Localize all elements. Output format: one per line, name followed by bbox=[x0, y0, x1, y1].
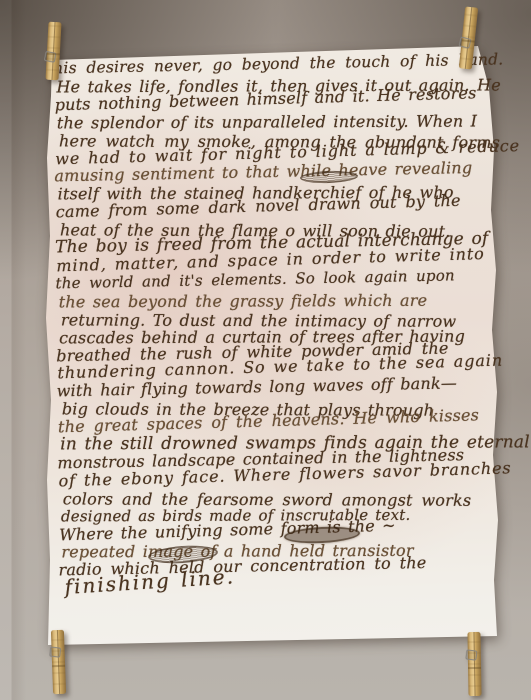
wall-background: his desires never, go beyond the touch o… bbox=[0, 0, 531, 700]
handwriting-line: the sea beyond the grassy fields which a… bbox=[59, 291, 511, 311]
handwriting-text: his desires never, go beyond the touch o… bbox=[53, 56, 511, 598]
clothespin-bottom-left bbox=[51, 630, 66, 694]
clothespin-spring-wire-icon bbox=[458, 36, 471, 48]
clothespin-spring-wire-icon bbox=[49, 646, 61, 657]
handwriting-line: the splendor of its unparalleled intensi… bbox=[57, 112, 509, 132]
clothespin-spring-wire-icon bbox=[44, 51, 57, 63]
clothespin-spring-wire-icon bbox=[465, 649, 477, 660]
clothespin-bottom-right bbox=[467, 632, 481, 696]
